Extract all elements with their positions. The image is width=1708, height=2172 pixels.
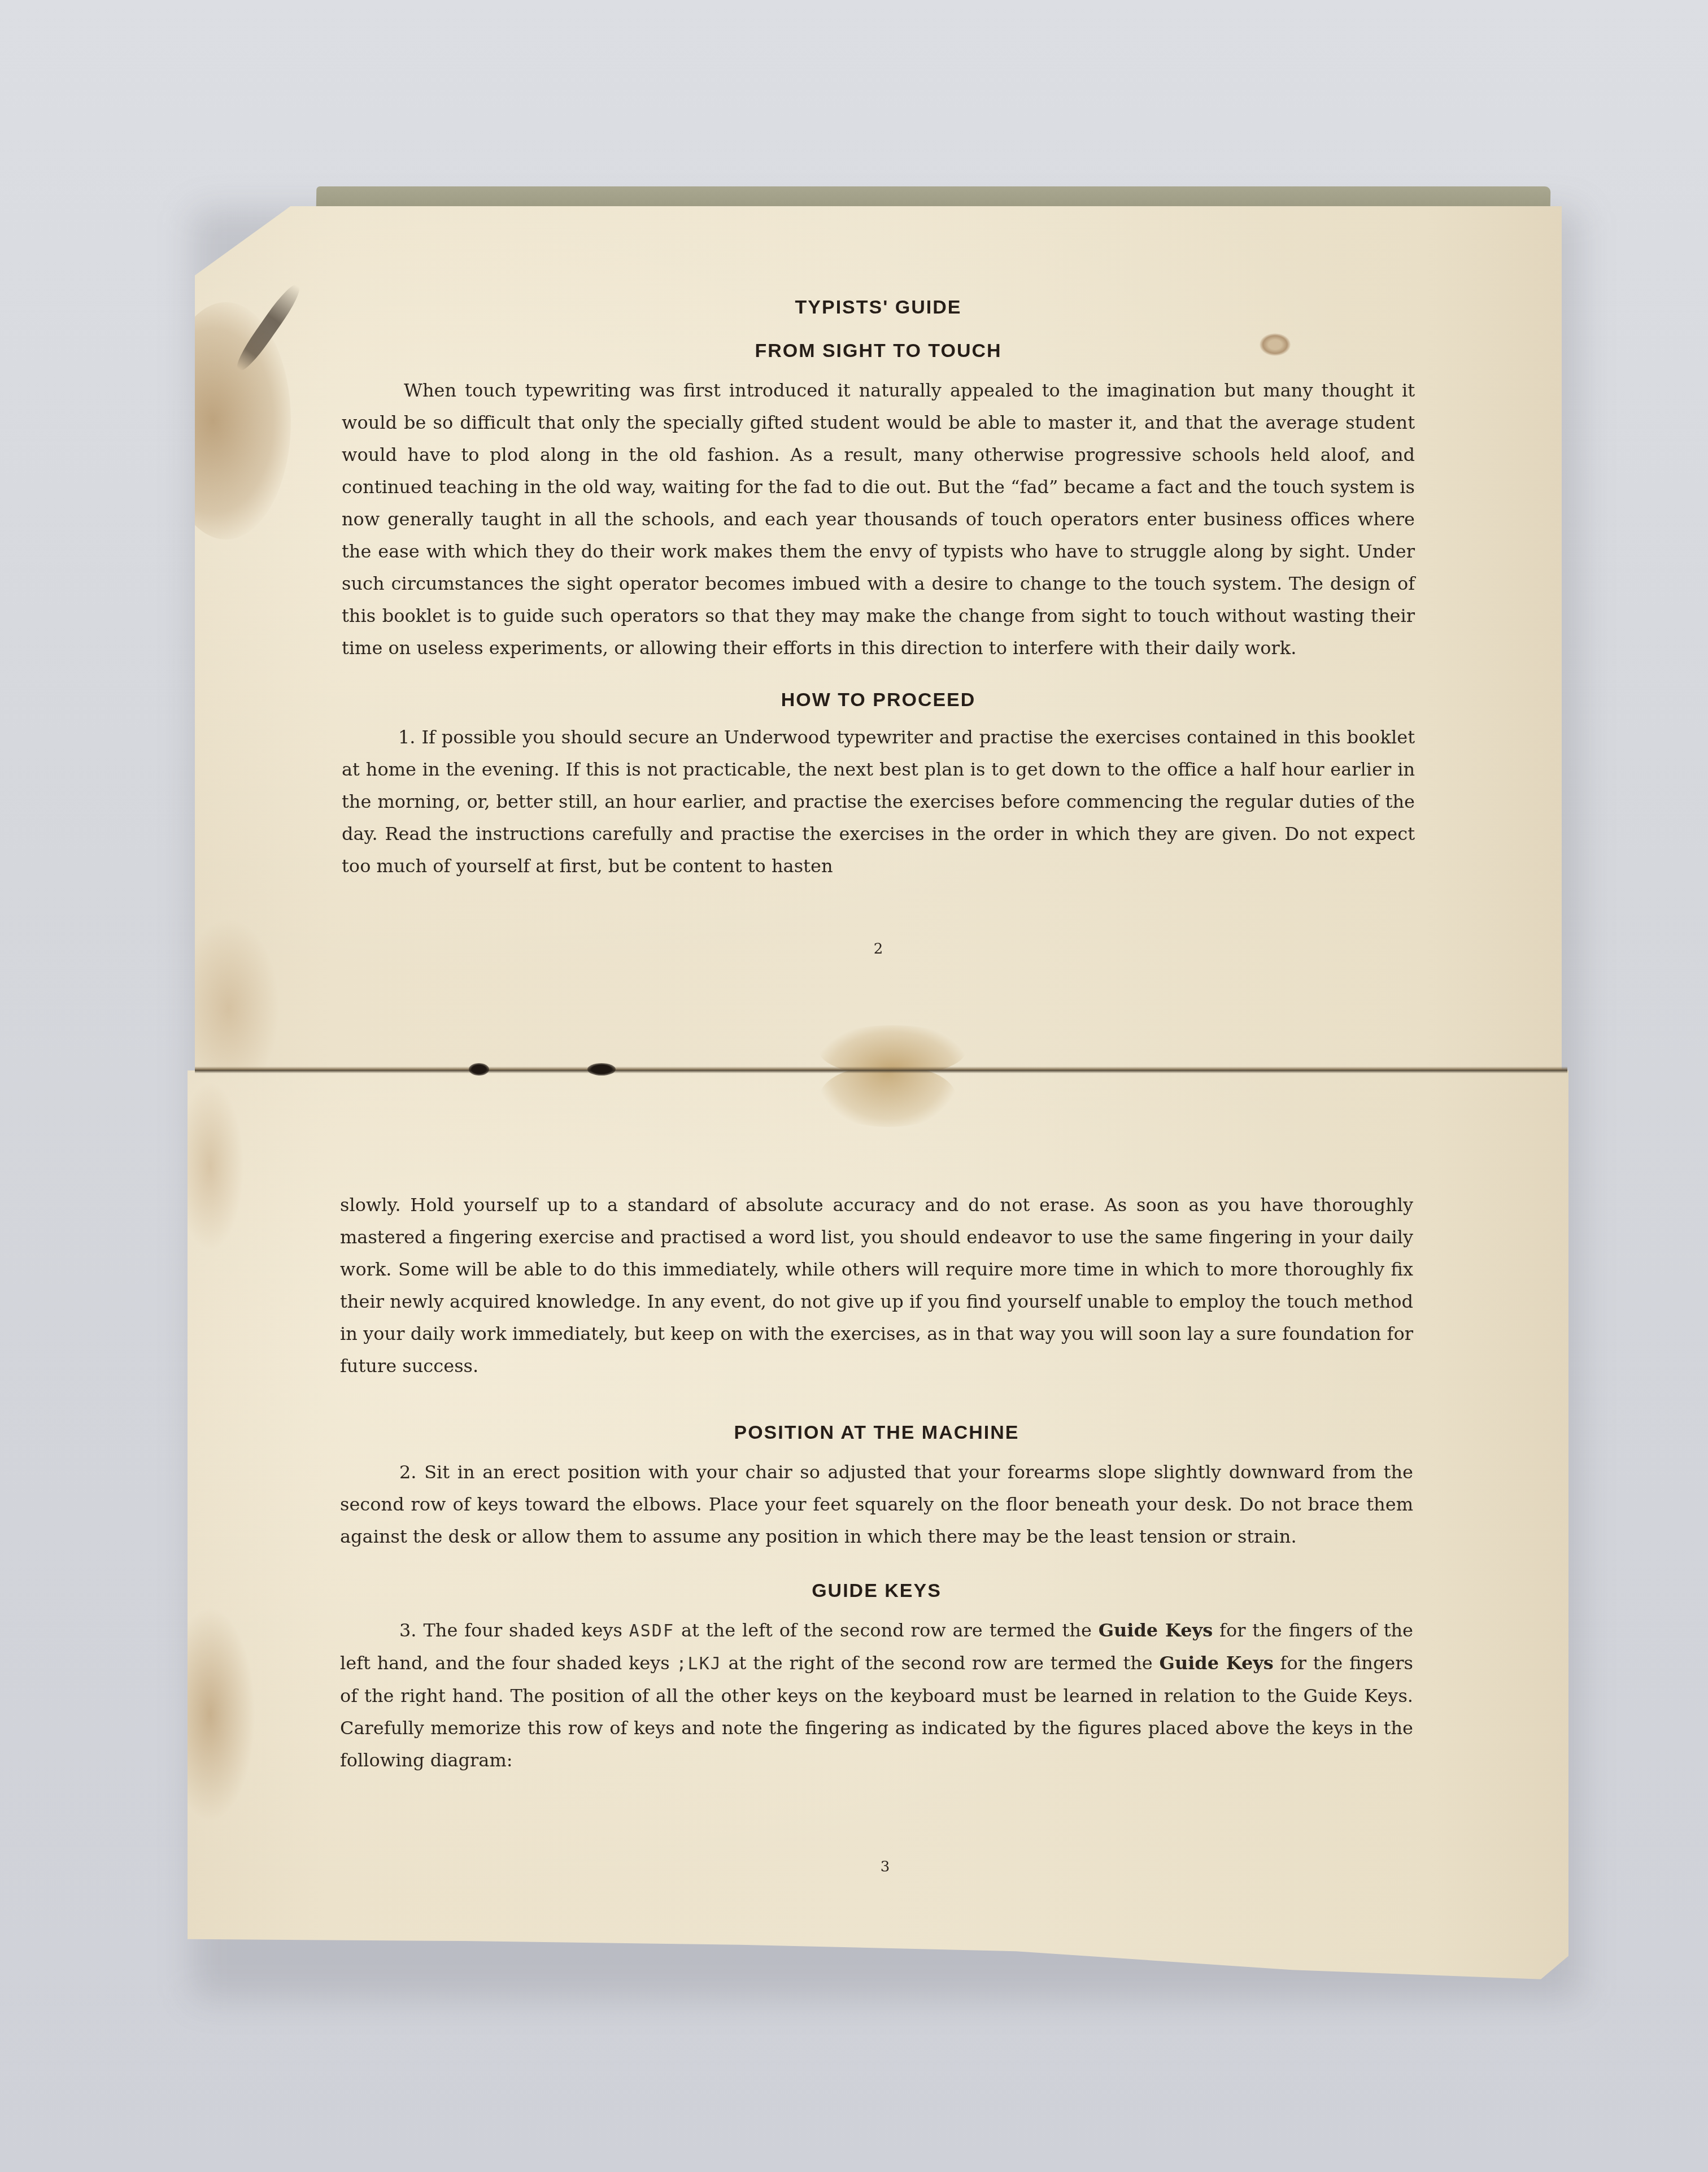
page-number: 2 — [861, 941, 895, 957]
section-heading: POSITION AT THE MACHINE — [340, 1422, 1413, 1444]
photo-scene: TYPISTS' GUIDE FROM SIGHT TO TOUCH When … — [0, 0, 1708, 2172]
water-stain — [195, 302, 291, 539]
guide-keys-right: ;LKJ — [677, 1654, 722, 1674]
paragraph-text: 1. If possible you should secure an Unde… — [342, 726, 1415, 877]
page-3-content: slowly. Hold yourself up to a standard o… — [340, 1189, 1413, 1777]
fold-stain — [819, 1025, 966, 1070]
page-2-content: TYPISTS' GUIDE FROM SIGHT TO TOUCH When … — [342, 297, 1415, 882]
fold-stain — [820, 1070, 956, 1127]
paragraph-text: 3. The four shaded keys — [399, 1620, 629, 1641]
section-paragraph: When touch typewriting was first introdu… — [342, 375, 1415, 664]
section-paragraph: 2. Sit in an erect position with your ch… — [340, 1456, 1413, 1553]
section-paragraph: 3. The four shaded keys ASDF at the left… — [340, 1614, 1413, 1777]
section-paragraph: 1. If possible you should secure an Unde… — [342, 721, 1415, 882]
guide-keys-term: Guide Keys — [1099, 1620, 1213, 1641]
page-3: slowly. Hold yourself up to a standard o… — [188, 1070, 1568, 2003]
guide-keys-left: ASDF — [629, 1621, 674, 1641]
water-stain — [188, 1082, 244, 1251]
paragraph-text: at the left of the second row are termed… — [674, 1620, 1099, 1641]
page-number: 3 — [868, 1858, 902, 1875]
booklet-title: TYPISTS' GUIDE — [342, 297, 1415, 319]
water-stain — [188, 1607, 255, 1822]
paragraph-text: 2. Sit in an erect position with your ch… — [340, 1461, 1413, 1547]
water-stain — [195, 918, 280, 1070]
page-2: TYPISTS' GUIDE FROM SIGHT TO TOUCH When … — [195, 206, 1562, 1070]
section-heading: GUIDE KEYS — [340, 1580, 1413, 1602]
ink-smudge — [232, 281, 304, 375]
paragraph-text: at the right of the second row are terme… — [722, 1652, 1160, 1674]
section-heading: FROM SIGHT TO TOUCH — [342, 340, 1415, 362]
guide-keys-term: Guide Keys — [1160, 1652, 1274, 1674]
section-heading: HOW TO PROCEED — [342, 689, 1415, 711]
center-fold — [195, 1067, 1567, 1073]
staple-hole — [469, 1063, 489, 1076]
paragraph-text: When touch typewriting was first introdu… — [342, 380, 1415, 659]
continuation-paragraph: slowly. Hold yourself up to a standard o… — [340, 1189, 1413, 1382]
staple-hole — [587, 1063, 616, 1076]
